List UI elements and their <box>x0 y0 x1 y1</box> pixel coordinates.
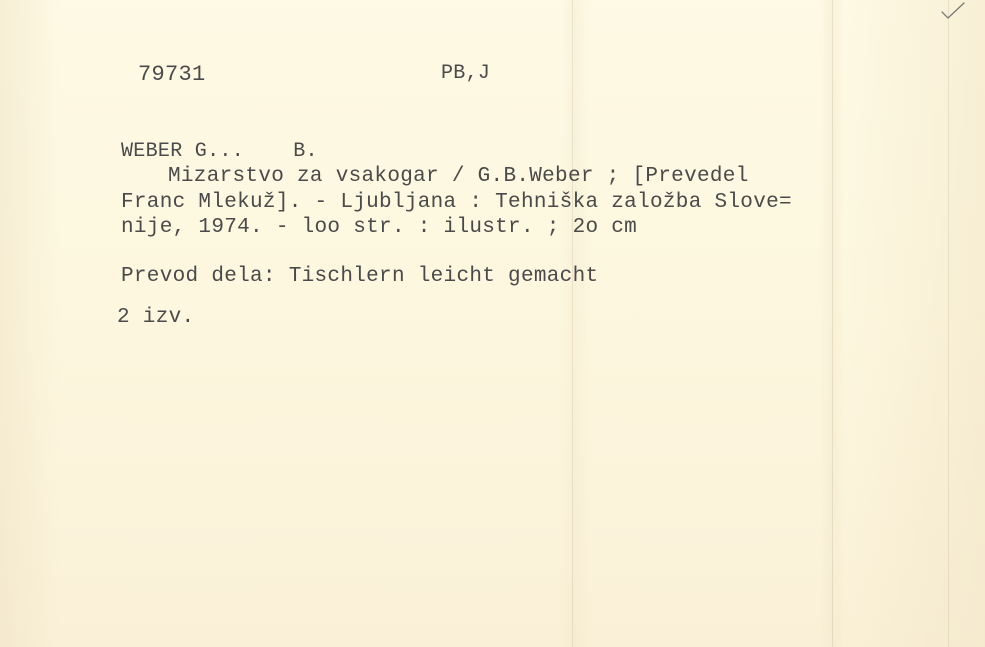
catalog-card: 79731 PB,J WEBER G... B. Mizarstvo za vs… <box>0 0 985 647</box>
publication-statement: Franc Mlekuž]. - Ljubljana : Tehniška za… <box>121 192 792 213</box>
copies-count: 2 izv. <box>117 307 194 328</box>
location-code: PB,J <box>441 64 490 84</box>
paper-crease <box>832 0 833 647</box>
call-number: 79731 <box>138 64 206 86</box>
paper-crease <box>572 0 573 647</box>
title-statement: Mizarstvo za vsakogar / G.B.Weber ; [Pre… <box>168 166 749 187</box>
paper-crease <box>948 0 949 647</box>
checkmark-icon <box>940 2 966 20</box>
physical-description: nije, 1974. - loo str. : ilustr. ; 2o cm <box>121 217 637 238</box>
author-heading: WEBER G... B. <box>121 142 318 162</box>
translation-note: Prevod dela: Tischlern leicht gemacht <box>121 266 598 287</box>
